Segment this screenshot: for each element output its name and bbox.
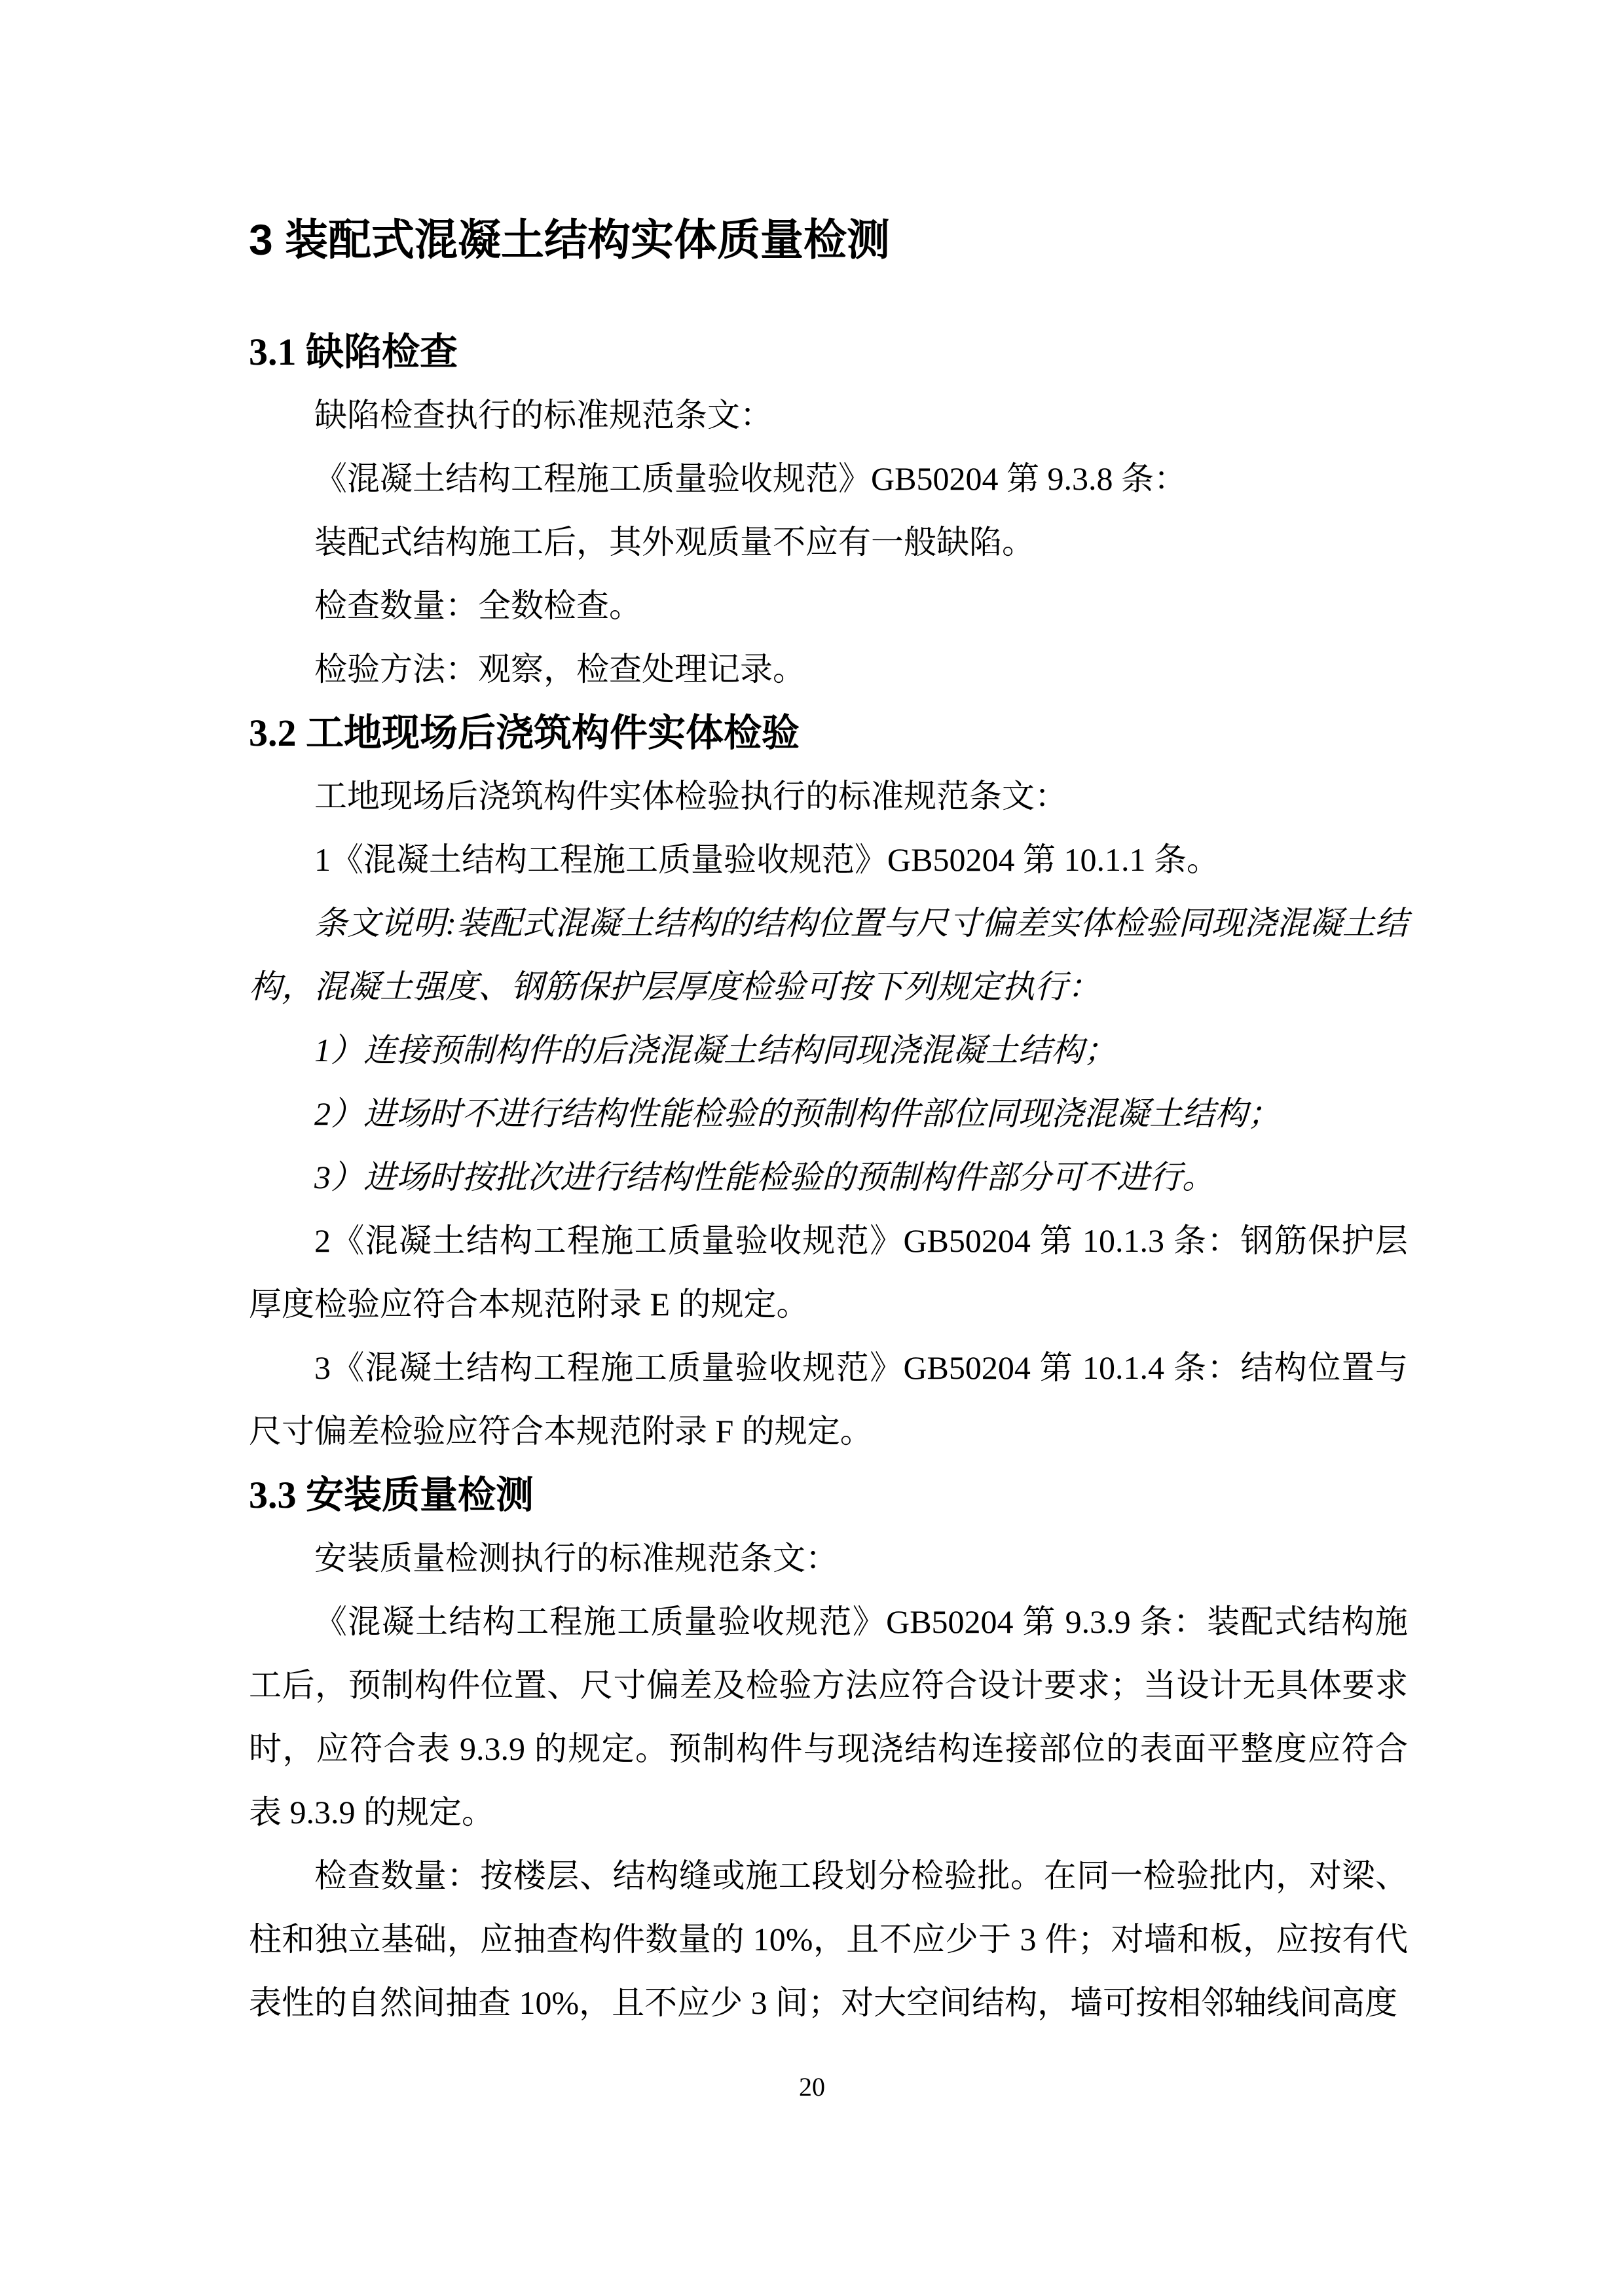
paragraph: 检查数量：全数检查。 <box>249 574 1408 638</box>
chapter-title: 3 装配式混凝土结构实体质量检测 <box>249 207 1408 272</box>
document-page: 3 装配式混凝土结构实体质量检测 3.1 缺陷检查 缺陷检查执行的标准规范条文：… <box>0 0 1624 2296</box>
paragraph: 安装质量检测执行的标准规范条文： <box>249 1527 1408 1590</box>
paragraph: 装配式结构施工后，其外观质量不应有一般缺陷。 <box>249 511 1408 574</box>
list-item-3: 3）进场时按批次进行结构性能检验的预制构件部分可不进行。 <box>249 1146 1408 1209</box>
section-installation-quality-inspection: 3.3 安装质量检测 安装质量检测执行的标准规范条文： 《混凝土结构工程施工质量… <box>249 1463 1408 2035</box>
section-site-cast-member-inspection: 3.2 工地现场后浇筑构件实体检验 工地现场后浇筑构件实体检验执行的标准规范条文… <box>249 701 1408 1463</box>
page-footer: 20 <box>0 2069 1624 2105</box>
section-heading-3-2: 3.2 工地现场后浇筑构件实体检验 <box>249 701 1408 765</box>
list-item-1: 1）连接预制构件的后浇混凝土结构同现浇混凝土结构； <box>249 1019 1408 1082</box>
paragraph: 《混凝土结构工程施工质量验收规范》GB50204 第 9.3.8 条： <box>249 447 1408 511</box>
paragraph: 检查数量：按楼层、结构缝或施工段划分检验批。在同一检验批内，对梁、柱和独立基础，… <box>249 1844 1408 2035</box>
document-content: 3 装配式混凝土结构实体质量检测 3.1 缺陷检查 缺陷检查执行的标准规范条文：… <box>249 207 1408 2035</box>
section-heading-3-3: 3.3 安装质量检测 <box>249 1463 1408 1527</box>
paragraph: 1《混凝土结构工程施工质量验收规范》GB50204 第 10.1.1 条。 <box>249 828 1408 892</box>
paragraph: 2《混凝土结构工程施工质量验收规范》GB50204 第 10.1.3 条：钢筋保… <box>249 1209 1408 1336</box>
section-defect-inspection: 3.1 缺陷检查 缺陷检查执行的标准规范条文： 《混凝土结构工程施工质量验收规范… <box>249 320 1408 701</box>
list-item-2: 2）进场时不进行结构性能检验的预制构件部位同现浇混凝土结构； <box>249 1082 1408 1146</box>
section-heading-3-1: 3.1 缺陷检查 <box>249 320 1408 384</box>
paragraph: 检验方法：观察，检查处理记录。 <box>249 638 1408 701</box>
paragraph-commentary: 条文说明:装配式混凝土结构的结构位置与尺寸偏差实体检验同现浇混凝土结构，混凝土强… <box>249 892 1408 1019</box>
paragraph: 工地现场后浇筑构件实体检验执行的标准规范条文： <box>249 765 1408 828</box>
paragraph: 《混凝土结构工程施工质量验收规范》GB50204 第 9.3.9 条：装配式结构… <box>249 1590 1408 1844</box>
paragraph: 3《混凝土结构工程施工质量验收规范》GB50204 第 10.1.4 条：结构位… <box>249 1336 1408 1463</box>
paragraph: 缺陷检查执行的标准规范条文： <box>249 384 1408 447</box>
page-number: 20 <box>799 2072 825 2102</box>
